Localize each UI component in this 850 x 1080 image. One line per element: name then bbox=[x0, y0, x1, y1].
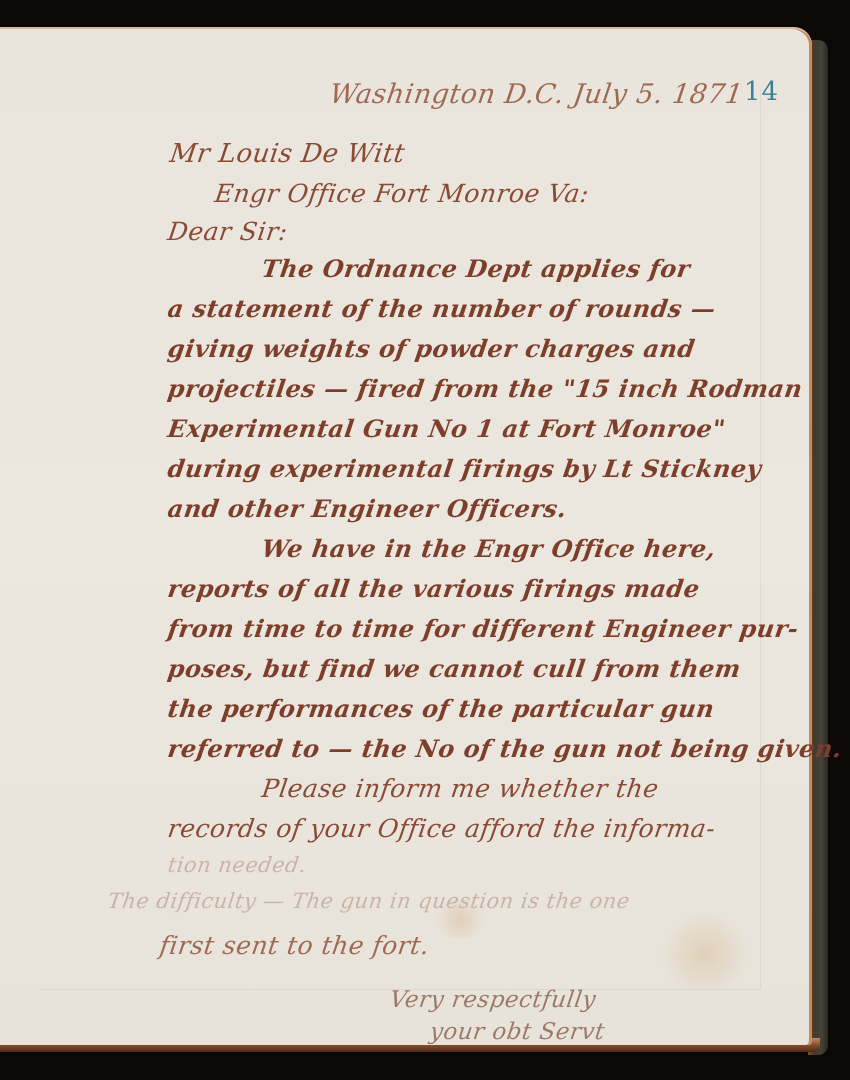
postscript-line: first sent to the fort. bbox=[158, 931, 432, 960]
body-line: Experimental Gun No 1 at Fort Monroe" bbox=[166, 414, 728, 443]
body-line: Please inform me whether the bbox=[260, 774, 661, 803]
body-line: reports of all the various firings made bbox=[166, 574, 702, 603]
body-line: the performances of the particular gun bbox=[166, 694, 716, 723]
recipient-name: Mr Louis De Witt bbox=[168, 139, 407, 169]
body-line: referred to — the No of the gun not bein… bbox=[166, 734, 844, 763]
faint-marginal-insert: The difficulty — The gun in question is … bbox=[106, 889, 631, 913]
body-line: and other Engineer Officers. bbox=[166, 494, 569, 523]
body-line: a statement of the number of rounds — bbox=[166, 294, 718, 323]
page-number-stamp: 14 bbox=[744, 77, 779, 107]
body-line: projectiles — fired from the "15 inch Ro… bbox=[166, 374, 805, 403]
dateline: Washington D.C. July 5. 1871 bbox=[328, 79, 745, 110]
closing-line: your obt Servt bbox=[428, 1019, 606, 1045]
recipient-office: Engr Office Fort Monroe Va: bbox=[213, 179, 591, 208]
body-line: giving weights of powder charges and bbox=[166, 334, 697, 363]
body-line: The Ordnance Dept applies for bbox=[260, 254, 692, 283]
body-line: records of your Office afford the inform… bbox=[166, 814, 717, 843]
water-stain bbox=[660, 909, 750, 999]
body-line: from time to time for different Engineer… bbox=[166, 614, 801, 643]
salutation: Dear Sir: bbox=[166, 217, 290, 246]
body-line: during experimental firings by Lt Stickn… bbox=[166, 454, 763, 483]
body-line: We have in the Engr Office here, bbox=[260, 534, 718, 563]
body-line: poses, but find we cannot cull from them bbox=[166, 654, 743, 683]
closing-line: Very respectfully bbox=[388, 987, 597, 1013]
letter-page: 14 Washington D.C. July 5. 1871 Mr Louis… bbox=[0, 27, 812, 1045]
body-line: tion needed. bbox=[166, 853, 308, 877]
